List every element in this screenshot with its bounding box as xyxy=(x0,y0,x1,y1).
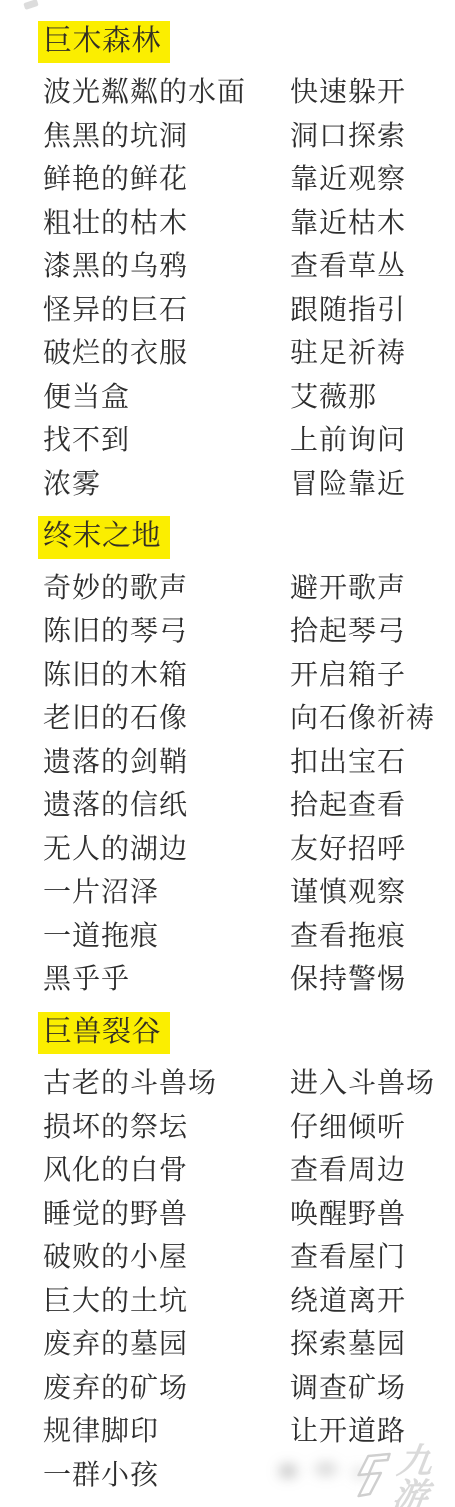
table-row: 遗落的信纸 拾起查看 xyxy=(0,781,455,825)
jiuyou-watermark: 九游 xyxy=(347,1444,455,1507)
action-name: 探索墓园 xyxy=(290,1322,455,1362)
action-name: 冒险靠近 xyxy=(290,462,455,502)
scene-name: 废弃的矿场 xyxy=(43,1366,290,1406)
scene-name: 巨大的土坑 xyxy=(43,1279,290,1319)
scene-name: 破烂的衣服 xyxy=(43,331,290,371)
scene-name: 陈旧的琴弓 xyxy=(43,609,290,649)
action-name: 进入斗兽场 xyxy=(290,1061,455,1101)
section-rows: 波光粼粼的水面 快速躲开 焦黑的坑洞 洞口探索 鲜艳的鲜花 靠近观察 粗壮的枯木… xyxy=(0,68,455,503)
scene-name: 粗壮的枯木 xyxy=(43,201,290,241)
action-name: 靠近枯木 xyxy=(290,201,455,241)
scene-name: 遗落的剑鞘 xyxy=(43,740,290,780)
action-name: 拾起查看 xyxy=(290,783,455,823)
action-name: 调查矿场 xyxy=(290,1366,455,1406)
action-name: 查看周边 xyxy=(290,1148,455,1188)
scene-name: 一群小孩 xyxy=(43,1453,290,1493)
scene-name: 鲜艳的鲜花 xyxy=(43,157,290,197)
table-row: 遗落的剑鞘 扣出宝石 xyxy=(0,738,455,782)
action-name: 扣出宝石 xyxy=(290,740,455,780)
action-name: 驻足祈祷 xyxy=(290,331,455,371)
watermark-label: 九游 xyxy=(390,1444,455,1507)
section-title-highlight: 巨木森林 xyxy=(38,21,170,63)
jiuyou-logo-icon xyxy=(348,1451,396,1507)
action-name: 绕道离开 xyxy=(290,1279,455,1319)
table-row: 便当盒 艾薇那 xyxy=(0,373,455,417)
scene-name: 规律脚印 xyxy=(43,1409,290,1449)
section: 巨兽裂谷 古老的斗兽场 进入斗兽场 损坏的祭坛 仔细倾听 风化的白骨 查看周边 … xyxy=(0,1012,455,1494)
table-row: 浓雾 冒险靠近 xyxy=(0,460,455,504)
table-row: 波光粼粼的水面 快速躲开 xyxy=(0,68,455,112)
section-title: 巨兽裂谷 xyxy=(43,1016,161,1048)
scene-name: 奇妙的歌声 xyxy=(43,566,290,606)
table-row: 破败的小屋 查看屋门 xyxy=(0,1233,455,1277)
guide-article: 巨木森林 波光粼粼的水面 快速躲开 焦黑的坑洞 洞口探索 鲜艳的鲜花 靠近观察 … xyxy=(0,0,455,1507)
table-row: 怪异的巨石 跟随指引 xyxy=(0,286,455,330)
table-row: 找不到 上前询问 xyxy=(0,416,455,460)
scene-name: 一片沼泽 xyxy=(43,870,290,910)
scene-name: 黑乎乎 xyxy=(43,957,290,997)
table-row: 焦黑的坑洞 洞口探索 xyxy=(0,112,455,156)
action-name: 避开歌声 xyxy=(290,566,455,606)
action-name: 跟随指引 xyxy=(290,288,455,328)
table-row: 一道拖痕 查看拖痕 xyxy=(0,912,455,956)
table-row: 废弃的墓园 探索墓园 xyxy=(0,1320,455,1364)
table-row: 一片沼泽 谨慎观察 xyxy=(0,868,455,912)
action-name: 向石像祈祷 xyxy=(290,696,455,736)
table-row: 破烂的衣服 驻足祈祷 xyxy=(0,329,455,373)
action-name: 开启箱子 xyxy=(290,653,455,693)
table-row: 黑乎乎 保持警惕 xyxy=(0,955,455,999)
table-row: 无人的湖边 友好招呼 xyxy=(0,825,455,869)
scene-name: 波光粼粼的水面 xyxy=(43,70,290,110)
scene-name: 无人的湖边 xyxy=(43,827,290,867)
table-row: 陈旧的木箱 开启箱子 xyxy=(0,651,455,695)
scene-name: 古老的斗兽场 xyxy=(43,1061,290,1101)
scene-name: 遗落的信纸 xyxy=(43,783,290,823)
scene-name: 风化的白骨 xyxy=(43,1148,290,1188)
section-title-highlight: 终末之地 xyxy=(38,516,170,558)
action-name: 谨慎观察 xyxy=(290,870,455,910)
table-row: 粗壮的枯木 靠近枯木 xyxy=(0,199,455,243)
section-title-highlight: 巨兽裂谷 xyxy=(38,1012,170,1054)
action-name: 保持警惕 xyxy=(290,957,455,997)
scene-name: 损坏的祭坛 xyxy=(43,1105,290,1145)
action-name: 唤醒野兽 xyxy=(290,1192,455,1232)
action-name: 洞口探索 xyxy=(290,114,455,154)
table-row: 损坏的祭坛 仔细倾听 xyxy=(0,1103,455,1147)
scene-name: 找不到 xyxy=(43,418,290,458)
section-title: 巨木森林 xyxy=(43,25,161,57)
table-row: 漆黑的乌鸦 查看草丛 xyxy=(0,242,455,286)
section: 终末之地 奇妙的歌声 避开歌声 陈旧的琴弓 拾起琴弓 陈旧的木箱 开启箱子 老旧… xyxy=(0,516,455,998)
scene-name: 焦黑的坑洞 xyxy=(43,114,290,154)
table-row: 老旧的石像 向石像祈祷 xyxy=(0,694,455,738)
edge-artifact-mark xyxy=(23,0,38,10)
scene-name: 漆黑的乌鸦 xyxy=(43,244,290,284)
section-rows: 奇妙的歌声 避开歌声 陈旧的琴弓 拾起琴弓 陈旧的木箱 开启箱子 老旧的石像 向… xyxy=(0,564,455,999)
action-name: 靠近观察 xyxy=(290,157,455,197)
table-row: 陈旧的琴弓 拾起琴弓 xyxy=(0,607,455,651)
scene-name: 便当盒 xyxy=(43,375,290,415)
scene-name: 破败的小屋 xyxy=(43,1235,290,1275)
sections-container: 巨木森林 波光粼粼的水面 快速躲开 焦黑的坑洞 洞口探索 鲜艳的鲜花 靠近观察 … xyxy=(0,21,455,1494)
scene-name: 废弃的墓园 xyxy=(43,1322,290,1362)
scene-name: 浓雾 xyxy=(43,462,290,502)
table-row: 奇妙的歌声 避开歌声 xyxy=(0,564,455,608)
scene-name: 怪异的巨石 xyxy=(43,288,290,328)
scene-name: 睡觉的野兽 xyxy=(43,1192,290,1232)
action-name: 查看草丛 xyxy=(290,244,455,284)
table-row: 废弃的矿场 调查矿场 xyxy=(0,1364,455,1408)
action-name: 快速躲开 xyxy=(290,70,455,110)
table-row: 古老的斗兽场 进入斗兽场 xyxy=(0,1059,455,1103)
action-name: 仔细倾听 xyxy=(290,1105,455,1145)
table-row: 睡觉的野兽 唤醒野兽 xyxy=(0,1190,455,1234)
action-name: 艾薇那 xyxy=(290,375,455,415)
action-name: 查看拖痕 xyxy=(290,914,455,954)
table-row: 风化的白骨 查看周边 xyxy=(0,1146,455,1190)
table-row: 巨大的土坑 绕道离开 xyxy=(0,1277,455,1321)
section-title: 终末之地 xyxy=(43,520,161,552)
section-rows: 古老的斗兽场 进入斗兽场 损坏的祭坛 仔细倾听 风化的白骨 查看周边 睡觉的野兽… xyxy=(0,1059,455,1494)
scene-name: 陈旧的木箱 xyxy=(43,653,290,693)
section: 巨木森林 波光粼粼的水面 快速躲开 焦黑的坑洞 洞口探索 鲜艳的鲜花 靠近观察 … xyxy=(0,21,455,503)
table-row: 鲜艳的鲜花 靠近观察 xyxy=(0,155,455,199)
action-name: 拾起琴弓 xyxy=(290,609,455,649)
action-name: 友好招呼 xyxy=(290,827,455,867)
action-name: 查看屋门 xyxy=(290,1235,455,1275)
scene-name: 一道拖痕 xyxy=(43,914,290,954)
scene-name: 老旧的石像 xyxy=(43,696,290,736)
action-name: 上前询问 xyxy=(290,418,455,458)
